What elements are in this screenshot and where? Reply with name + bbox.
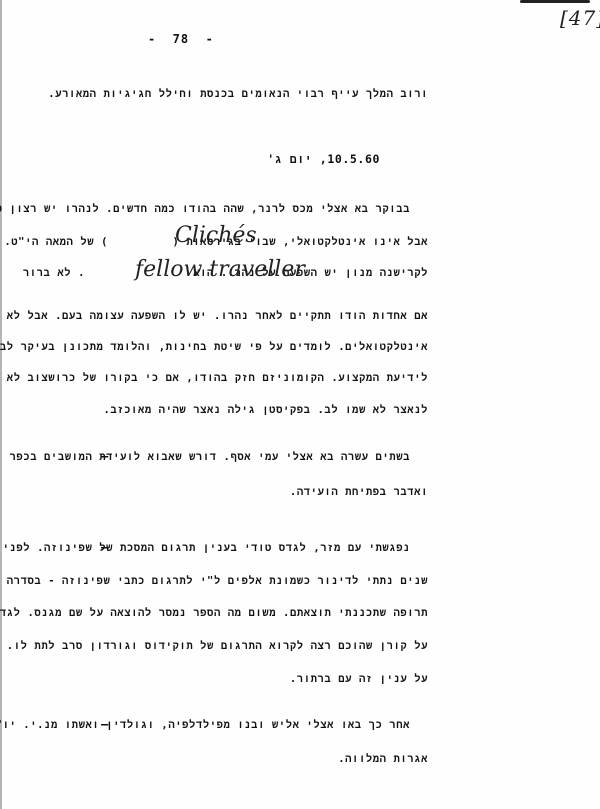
text-line: ) של המאה הי"ט.: [4, 236, 108, 249]
text-line: . לא ברור: [23, 267, 85, 280]
text-line: אינטלקטואלים. לומדים על פי שיטת בחינות, …: [0, 341, 428, 354]
text-line: אם אחדות הודו תתקיים לאחר נהרו. יש לו הש…: [0, 310, 428, 323]
text-line: בשתים עשרה בא אצלי עמי אסף. דורש שאבוא ל…: [0, 451, 410, 464]
text-line: שנים נתתי לדינור כשמונת אלפים ל"י לתרגום…: [0, 575, 428, 588]
text-line: לנאצר לא שמו לב. בפקיסטן גילה נאצר שהיה …: [103, 404, 428, 417]
text-line: לידיעת המקצוע. הקומוניזם חזק בהודו, אם כ…: [0, 372, 428, 385]
text-line: ורוב המלך עייף רבוי הנאומים בכנסת וחילל …: [48, 88, 428, 101]
text-line: בבוקר בא אצלי מכס לרנר, שהה בהודו כמה חד…: [0, 203, 410, 216]
handwritten-cliches: Clichés: [175, 223, 257, 248]
archive-number: [47]: [560, 6, 600, 30]
text-line: תרופה שתכננתי תוצאתם. משום מה הספר נמסר …: [0, 607, 428, 620]
date-heading: 10.5.60, יום ג': [267, 152, 380, 167]
scan-left-edge: [0, 0, 2, 809]
text-line: ואדבר בפתיחת הועידה.: [290, 486, 428, 499]
handwritten-fellow-traveller: fellow traveller: [135, 257, 305, 282]
page-number: - 78 -: [148, 32, 214, 46]
text-line: אגרות המלווה.: [338, 753, 428, 766]
text-line: על ענין זה עם ברתור.: [290, 673, 428, 686]
text-line: על קורן שהוכם רצה לקרוא התרגום של תוקידו…: [0, 640, 428, 653]
scan-smudge: [520, 0, 590, 3]
text-line: אחר כך באו אצלי אליש ובנו מפילדלפיה, וגו…: [0, 719, 410, 732]
text-line: נפגשתי עם מזר, לגדס טודי בענין תרגום המס…: [0, 542, 410, 555]
